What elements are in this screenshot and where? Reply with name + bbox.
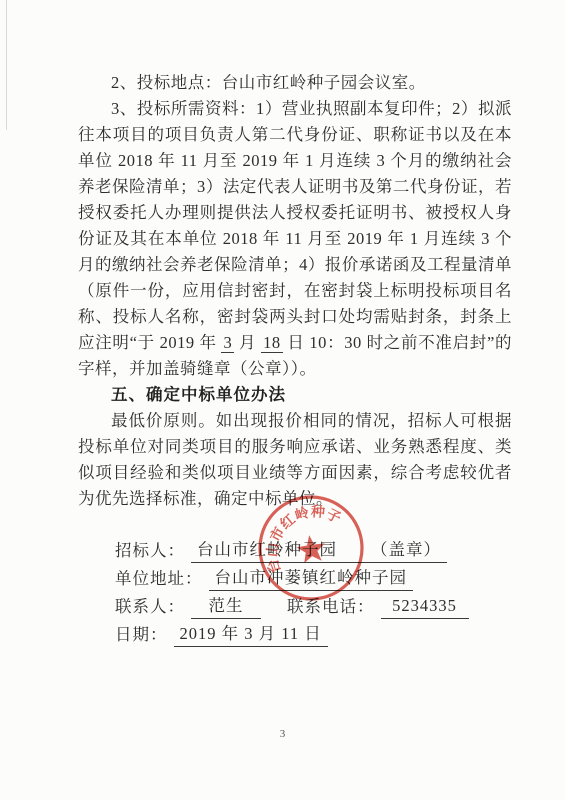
document-page: 2、投标地点：台山市红岭种子园会议室。 3、投标所需资料：1）营业执照副本复印件… xyxy=(0,0,565,800)
date-row: 日期：2019 年 3 月 11 日 xyxy=(115,622,469,650)
contact-value: 范生 xyxy=(191,594,261,619)
tenderer-label: 招标人： xyxy=(115,539,185,563)
date-value: 2019 年 3 月 11 日 xyxy=(174,622,328,647)
paragraph-bid-location: 2、投标地点：台山市红岭种子园会议室。 xyxy=(78,70,512,96)
underlined-month: 3 xyxy=(221,333,234,353)
seal-note: （盖章） xyxy=(371,540,441,559)
contact-label: 联系人： xyxy=(115,595,185,619)
address-label: 单位地址： xyxy=(115,567,203,591)
bid-materials-text: 月 xyxy=(234,333,261,352)
phone-value: 5234335 xyxy=(381,594,469,619)
scan-edge-artifact xyxy=(6,0,7,130)
document-body: 2、投标地点：台山市红岭种子园会议室。 3、投标所需资料：1）营业执照副本复印件… xyxy=(78,70,512,512)
seal-star-icon xyxy=(295,533,327,564)
bid-materials-text: 3、投标所需资料：1）营业执照副本复印件；2）拟派往本项目的项目负责人第二代身份… xyxy=(78,99,512,352)
date-label: 日期： xyxy=(115,623,168,647)
page-number: 3 xyxy=(0,728,565,740)
underlined-day: 18 xyxy=(261,333,283,353)
section-heading: 五、确定中标单位办法 xyxy=(78,382,512,408)
paragraph-bid-materials: 3、投标所需资料：1）营业执照副本复印件；2）拟派往本项目的项目负责人第二代身份… xyxy=(78,96,512,382)
official-seal: 台山市红岭种子园 xyxy=(247,484,376,613)
